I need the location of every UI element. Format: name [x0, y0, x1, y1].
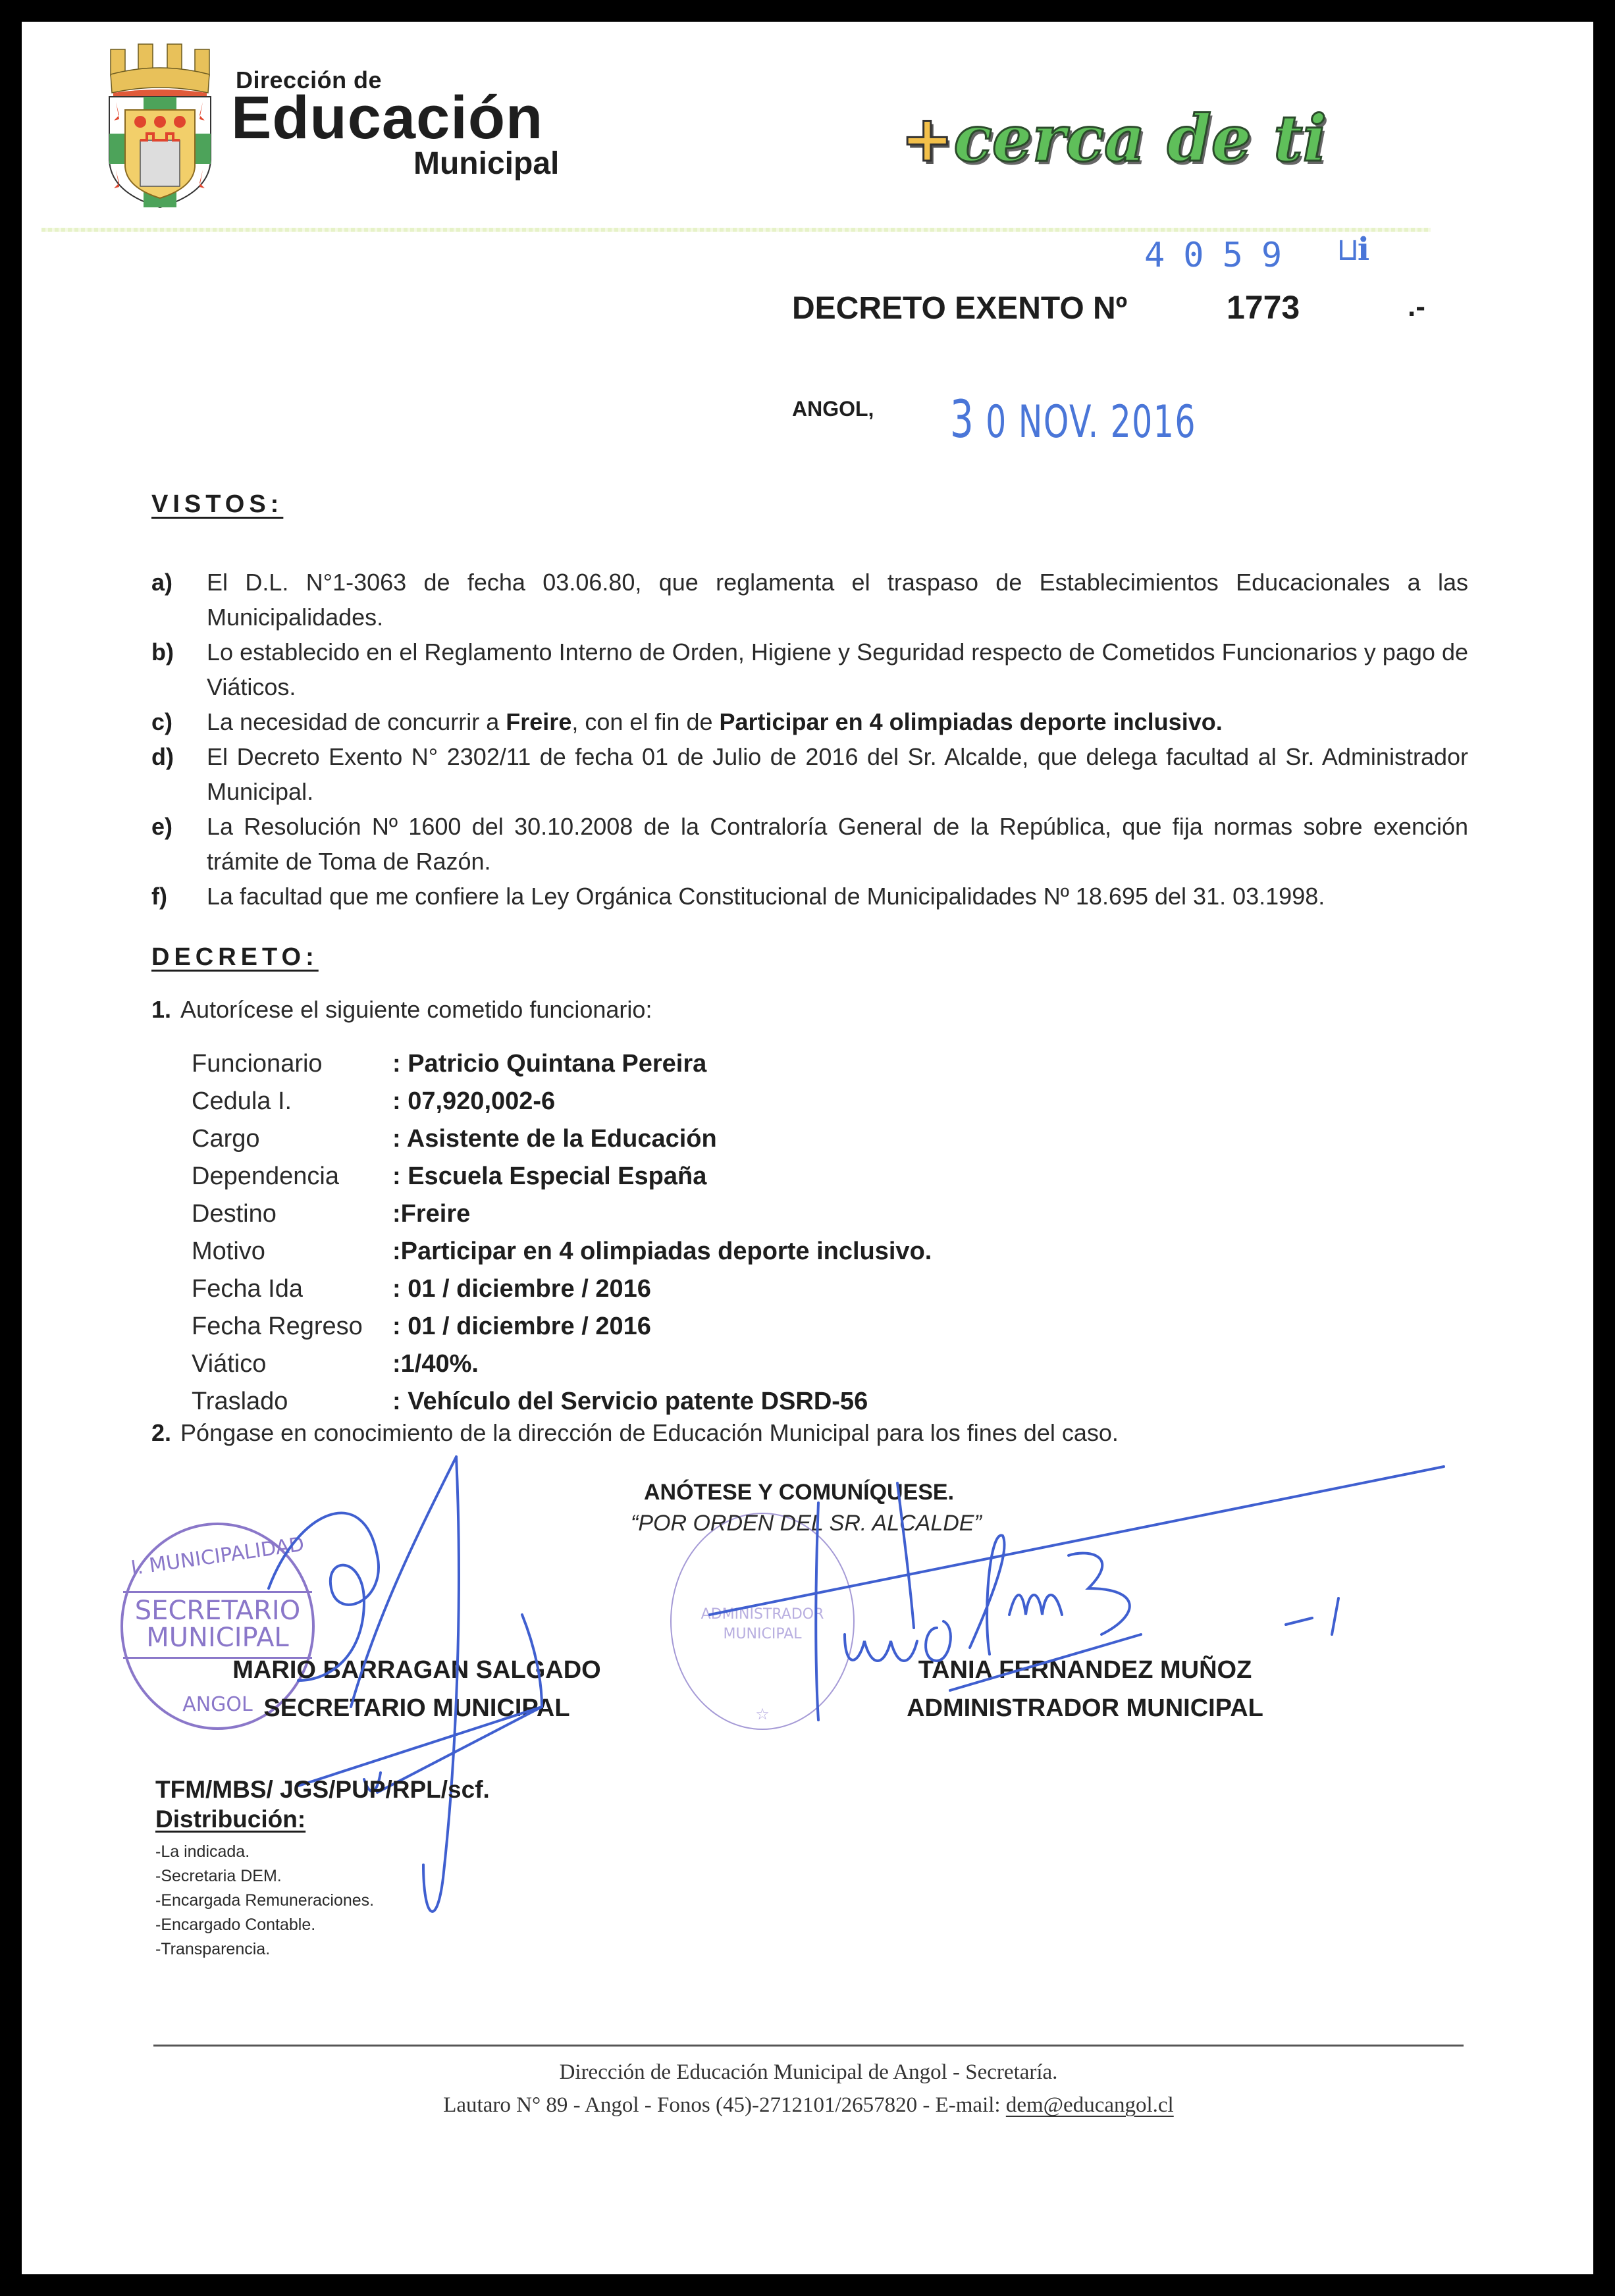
signatory-left: MARIO BARRAGAN SALGADO SECRETARIO MUNICI…: [219, 1651, 614, 1727]
item-text: La Resolución Nº 1600 del 30.10.2008 de …: [207, 809, 1468, 879]
field-row: Traslado: Vehículo del Servicio patente …: [192, 1383, 932, 1421]
destination-bold: Freire: [506, 708, 571, 735]
distribution-item: -La indicada.: [155, 1840, 374, 1864]
footer-email-link[interactable]: dem@educangol.cl: [1006, 2093, 1174, 2117]
field-value: : 01 / diciembre / 2016: [392, 1270, 651, 1308]
field-label: Destino: [192, 1195, 392, 1233]
vistos-item: e) La Resolución Nº 1600 del 30.10.2008 …: [151, 809, 1468, 879]
letterhead-line3: Municipal: [413, 145, 559, 182]
seal-top-text: I. MUNICIPALIDAD: [122, 1532, 313, 1581]
field-label: Motivo: [192, 1233, 392, 1270]
vistos-item: a) El D.L. N°1-3063 de fecha 03.06.80, q…: [151, 565, 1468, 635]
decreto-item-1: 1.Autorícese el siguiente cometido funci…: [151, 996, 652, 1024]
administrador-seal: ADMINISTRADOR MUNICIPAL ☆: [670, 1513, 855, 1730]
decree-number: 1773: [1227, 288, 1300, 326]
letterhead-line2: Educación: [231, 88, 543, 148]
footer-divider: [153, 2045, 1464, 2047]
field-label: Viático: [192, 1345, 392, 1383]
field-label: Cargo: [192, 1120, 392, 1158]
item-letter: c): [151, 704, 207, 739]
field-row: Destino:Freire: [192, 1195, 932, 1233]
registry-number-stamp: 4059: [1144, 236, 1300, 275]
item-text: La facultad que me confiere la Ley Orgán…: [207, 879, 1468, 914]
distribution-item: -Encargada Remuneraciones.: [155, 1889, 374, 1913]
decreto-heading: DECRETO:: [151, 943, 319, 972]
seal-mid-text: ADMINISTRADOR: [672, 1606, 853, 1623]
vistos-item: b) Lo establecido en el Reglamento Inter…: [151, 635, 1468, 704]
item-text: Autorícese el siguiente cometido funcion…: [180, 996, 652, 1023]
item-text: Póngase en conocimiento de la dirección …: [180, 1419, 1119, 1446]
field-value: : Escuela Especial España: [392, 1158, 706, 1195]
vistos-heading: VISTOS:: [151, 490, 283, 519]
vistos-list: a) El D.L. N°1-3063 de fecha 03.06.80, q…: [151, 565, 1468, 914]
field-value: : Asistente de la Educación: [392, 1120, 717, 1158]
signatory-left-title: SECRETARIO MUNICIPAL: [219, 1689, 614, 1727]
field-label: Cedula I.: [192, 1083, 392, 1120]
reference-initials: TFM/MBS/ JGS/PUP/RPL/scf.: [155, 1776, 490, 1804]
field-label: Traslado: [192, 1383, 392, 1421]
item-letter: e): [151, 809, 207, 879]
field-label: Fecha Ida: [192, 1270, 392, 1308]
seal-mid-text: MUNICIPAL: [672, 1626, 853, 1642]
field-label: Funcionario: [192, 1045, 392, 1083]
date-stamp-day: 3: [950, 390, 974, 450]
footer-line1: Dirección de Educación Municipal de Ango…: [153, 2056, 1464, 2089]
date-stamp: 3 0 NOV. 2016: [950, 390, 1196, 450]
seal-mid-text: SECRETARIO: [123, 1591, 312, 1626]
distribution-item: -Secretaria DEM.: [155, 1864, 374, 1889]
field-label: Dependencia: [192, 1158, 392, 1195]
field-row: Cargo: Asistente de la Educación: [192, 1120, 932, 1158]
item-number: 2.: [151, 1419, 171, 1446]
por-orden-text: “POR ORDEN DEL SR. ALCALDE”: [631, 1511, 982, 1536]
vistos-item: d) El Decreto Exento N° 2302/11 de fecha…: [151, 739, 1468, 809]
item-text-part: La necesidad de concurrir a: [207, 708, 506, 735]
distribution-item: -Encargado Contable.: [155, 1913, 374, 1937]
letterhead-divider: [41, 228, 1431, 232]
distribution-heading: Distribución:: [155, 1806, 305, 1833]
slogan-plus: +: [901, 102, 953, 176]
field-row: Funcionario: Patricio Quintana Pereira: [192, 1045, 932, 1083]
field-row: Viático:1/40%.: [192, 1345, 932, 1383]
registry-mark-stamp: ⊔ℹ: [1338, 231, 1369, 268]
item-letter: b): [151, 635, 207, 704]
city-label: ANGOL,: [792, 397, 874, 421]
star-icon: ☆: [672, 1705, 853, 1723]
footer-line2: Lautaro N° 89 - Angol - Fonos (45)-27121…: [153, 2089, 1464, 2122]
vistos-item: f) La facultad que me confiere la Ley Or…: [151, 879, 1468, 914]
field-row: Cedula I.: 07,920,002-6: [192, 1083, 932, 1120]
field-value: : 07,920,002-6: [392, 1083, 555, 1120]
slogan-text: cerca de ti: [953, 101, 1327, 176]
signatory-right: TANIA FERNANDEZ MUÑOZ ADMINISTRADOR MUNI…: [858, 1651, 1312, 1727]
item-text: El Decreto Exento N° 2302/11 de fecha 01…: [207, 739, 1468, 809]
decree-terminator: .-: [1408, 290, 1425, 323]
item-letter: d): [151, 739, 207, 809]
decreto-item-2: 2.Póngase en conocimiento de la direcció…: [151, 1419, 1119, 1447]
distribution-item: -Transparencia.: [155, 1937, 374, 1962]
cometido-fields: Funcionario: Patricio Quintana Pereira C…: [192, 1045, 932, 1421]
field-row: Motivo:Participar en 4 olimpiadas deport…: [192, 1233, 932, 1270]
field-value: : Vehículo del Servicio patente DSRD-56: [392, 1383, 868, 1421]
coat-of-arms-icon: [104, 35, 216, 209]
field-value: :Freire: [392, 1195, 470, 1233]
date-stamp-rest: 0 NOV. 2016: [974, 396, 1196, 448]
purpose-bold: Participar en 4 olimpiadas deporte inclu…: [719, 708, 1222, 735]
field-label: Fecha Regreso: [192, 1308, 392, 1345]
item-text-part: , con el fin de: [571, 708, 719, 735]
footer-address: Lautaro N° 89 - Angol - Fonos (45)-27121…: [443, 2093, 1006, 2117]
item-letter: a): [151, 565, 207, 635]
item-letter: f): [151, 879, 207, 914]
item-text: Lo establecido en el Reglamento Interno …: [207, 635, 1468, 704]
field-row: Fecha Regreso: 01 / diciembre / 2016: [192, 1308, 932, 1345]
footer: Dirección de Educación Municipal de Ango…: [153, 2056, 1464, 2122]
signatory-right-title: ADMINISTRADOR MUNICIPAL: [858, 1689, 1312, 1727]
document-page: Dirección de Educación Municipal +cerca …: [22, 22, 1593, 2274]
signatory-right-name: TANIA FERNANDEZ MUÑOZ: [858, 1651, 1312, 1689]
field-row: Dependencia: Escuela Especial España: [192, 1158, 932, 1195]
field-value: :Participar en 4 olimpiadas deporte incl…: [392, 1233, 932, 1270]
vistos-item: c) La necesidad de concurrir a Freire, c…: [151, 704, 1468, 739]
item-text: El D.L. N°1-3063 de fecha 03.06.80, que …: [207, 565, 1468, 635]
slogan: +cerca de ti: [901, 107, 1327, 170]
item-text: La necesidad de concurrir a Freire, con …: [207, 704, 1468, 739]
anotese-text: ANÓTESE Y COMUNÍQUESE.: [644, 1480, 954, 1505]
field-value: : Patricio Quintana Pereira: [392, 1045, 706, 1083]
field-value: : 01 / diciembre / 2016: [392, 1308, 651, 1345]
field-row: Fecha Ida: 01 / diciembre / 2016: [192, 1270, 932, 1308]
field-value: :1/40%.: [392, 1345, 479, 1383]
item-number: 1.: [151, 996, 171, 1023]
distribution-list: -La indicada. -Secretaria DEM. -Encargad…: [155, 1840, 374, 1962]
decree-title: DECRETO EXENTO Nº: [792, 290, 1127, 326]
signatory-left-name: MARIO BARRAGAN SALGADO: [219, 1651, 614, 1689]
